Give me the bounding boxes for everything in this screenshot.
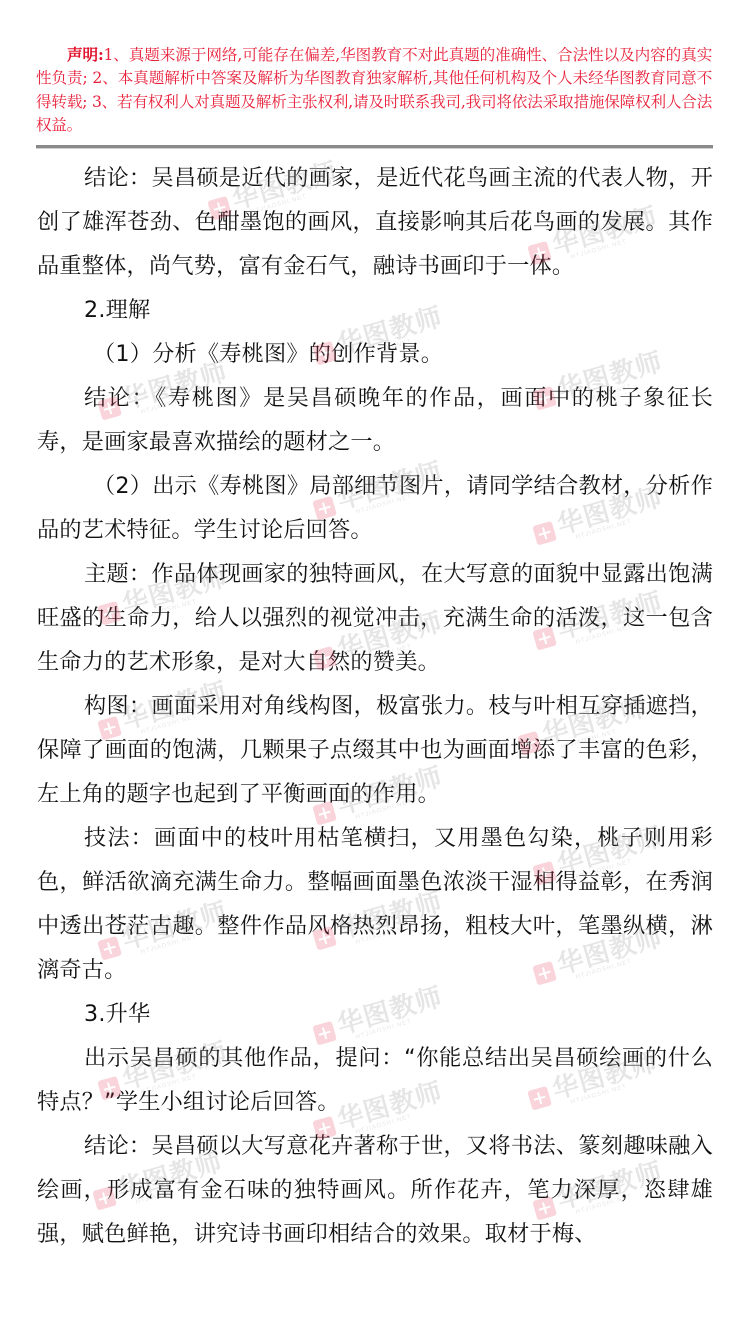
paragraph-technique: 技法：画面中的枝叶用枯笔横扫，又用墨色勾染，桃子则用彩色，鲜活欲滴充满生命力。整… (37, 816, 713, 992)
header-divider (36, 145, 713, 149)
paragraph-conclusion-1: 结论：吴昌硕是近代的画家，是近代花鸟画主流的代表人物，开创了雄浑苍劲、色酣墨饱的… (37, 156, 713, 288)
disclaimer-notice: 声明:1、真题来源于网络,可能存在偏差,华图教育不对此真题的准确性、合法性以及内… (36, 43, 712, 137)
disclaimer-label: 声明: (67, 45, 103, 64)
lesson-content: 结论：吴昌硕是近代的画家，是近代花鸟画主流的代表人物，开创了雄浑苍劲、色酣墨饱的… (37, 156, 713, 1256)
paragraph-question: 出示吴昌硕的其他作品，提问：“你能总结出吴昌硕绘画的什么特点？”学生小组讨论后回… (37, 1036, 713, 1124)
paragraph-conclusion-2: 结论：《寿桃图》是吴昌硕晚年的作品，画面中的桃子象征长寿，是画家最喜欢描绘的题材… (37, 376, 713, 464)
paragraph-composition: 构图：画面采用对角线构图，极富张力。枝与叶相互穿插遮挡，保障了画面的饱满，几颗果… (37, 684, 713, 816)
paragraph-theme: 主题：作品体现画家的独特画风，在大写意的面貌中显露出饱满旺盛的生命力，给人以强烈… (37, 552, 713, 684)
section-heading-understand: 2.理解 (37, 288, 713, 332)
disclaimer-text: 1、真题来源于网络,可能存在偏差,华图教育不对此真题的准确性、合法性以及内容的真… (36, 46, 712, 134)
subsection-1: （1）分析《寿桃图》的创作背景。 (37, 332, 713, 376)
section-heading-sublimation: 3.升华 (37, 992, 713, 1036)
paragraph-conclusion-3: 结论：吴昌硕以大写意花卉著称于世，又将书法、篆刻趣味融入绘画，形成富有金石味的独… (37, 1124, 713, 1256)
subsection-2: （2）出示《寿桃图》局部细节图片，请同学结合教材，分析作品的艺术特征。学生讨论后… (37, 464, 713, 552)
document-page: 声明:1、真题来源于网络,可能存在偏差,华图教育不对此真题的准确性、合法性以及内… (0, 0, 748, 1335)
